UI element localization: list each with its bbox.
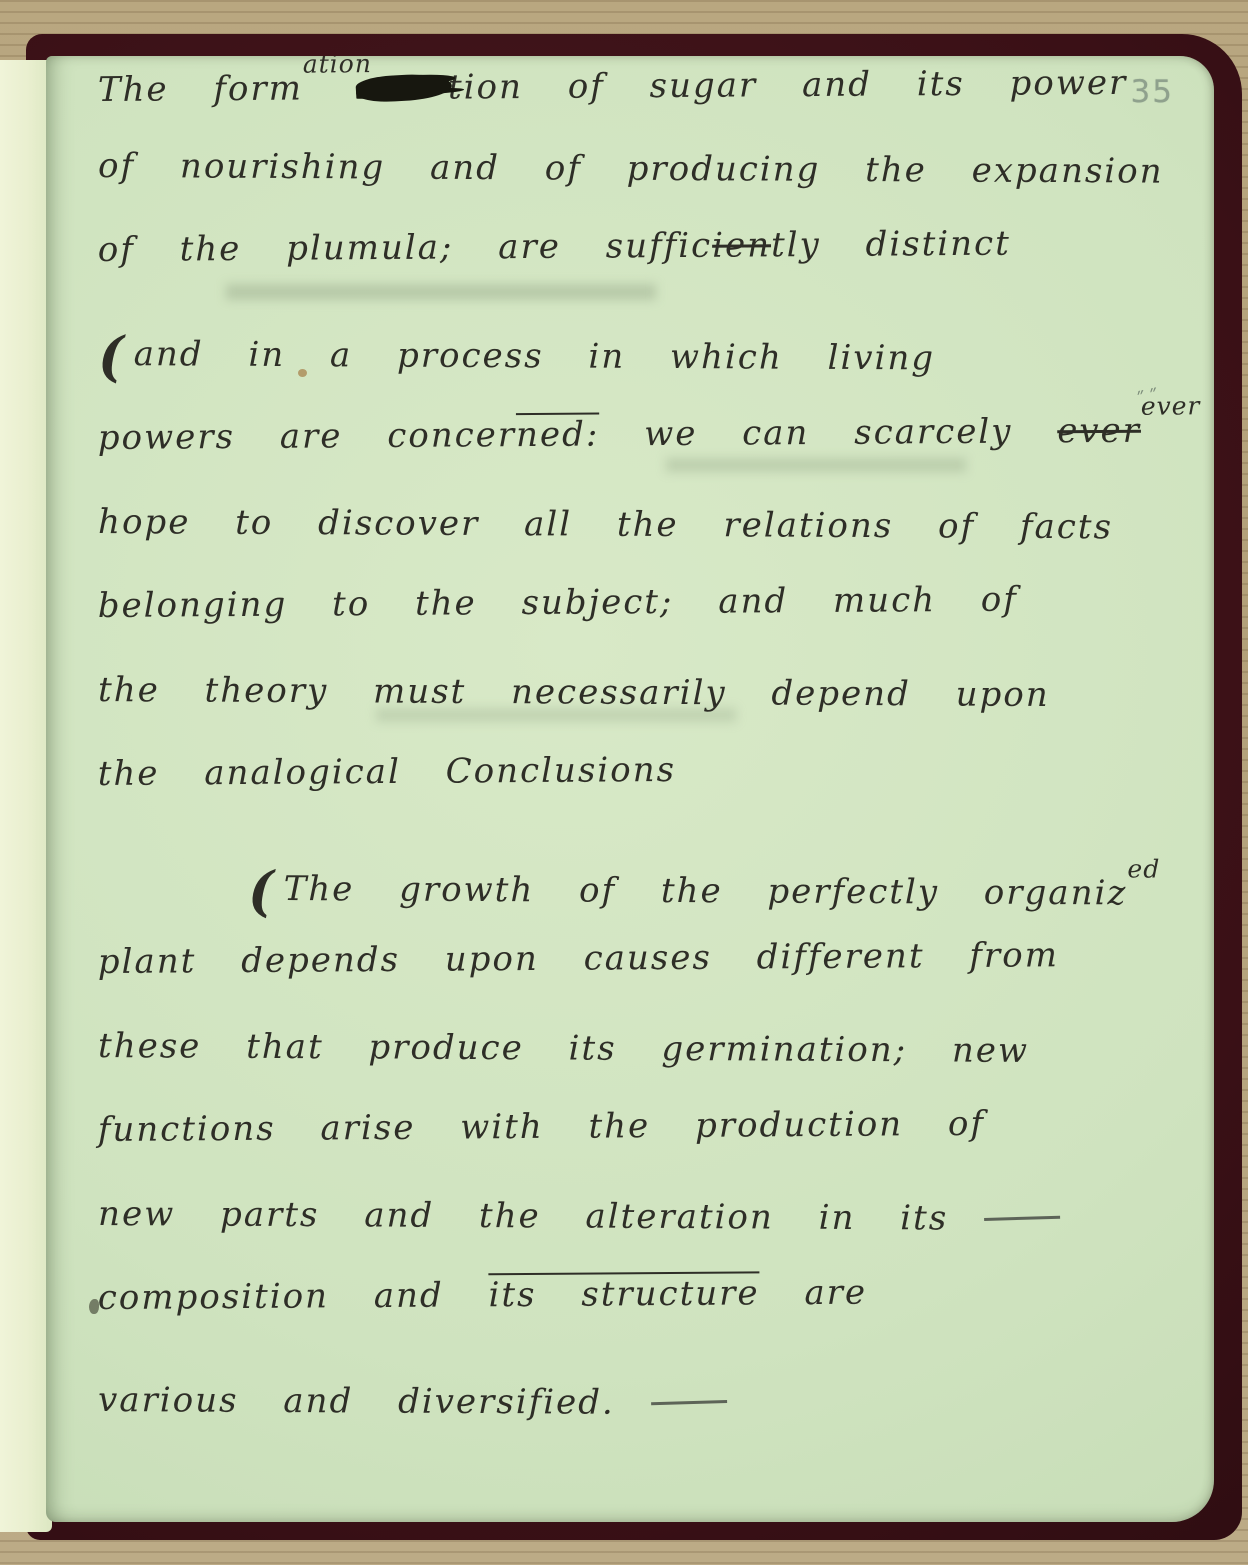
text-segment: The growth of the perfectly organiz xyxy=(284,869,1128,913)
text-segment: plant depends upon causes different from xyxy=(98,935,1059,982)
manuscript-line: the theory must necessarily depend upon xyxy=(98,670,1206,760)
text-segment: of nourishing and of producing the expan… xyxy=(98,146,1164,192)
manuscript-line: composition and its structure are xyxy=(98,1270,1207,1380)
manuscript-line: (The growth of the perfectly organized xyxy=(98,858,1206,948)
manuscript-line: various and diversified. xyxy=(98,1380,1206,1470)
manuscript-line: hope to discover all the relations of fa… xyxy=(98,502,1206,592)
inserted-word: ever xyxy=(1141,391,1201,420)
overlined-word: ned: xyxy=(516,414,600,455)
text-segment: tion of sugar and its power xyxy=(448,63,1128,108)
manuscript-page: ˝˝ 35 The formationtion of sugar and its… xyxy=(46,56,1214,1522)
handwritten-text-block: The formationtion of sugar and its power… xyxy=(98,70,1206,1464)
text-segment: the analogical Conclusions xyxy=(98,750,677,794)
manuscript-line: of nourishing and of producing the expan… xyxy=(98,146,1206,236)
struck-word: ien xyxy=(712,225,771,265)
struck-word: ever xyxy=(1057,411,1141,452)
manuscript-line: powers are concerned: we can scarcely ev… xyxy=(98,410,1207,502)
manuscript-line: new parts and the alteration in its xyxy=(98,1194,1206,1284)
text-segment: are xyxy=(759,1273,867,1314)
manuscript-line: (and in a process in which living xyxy=(98,324,1206,424)
manuscript-line: plant depends upon causes different from xyxy=(98,934,1207,1026)
text-segment: The form xyxy=(98,69,303,110)
page-fore-edge xyxy=(0,60,52,1532)
text-segment: hope to discover all the relations of fa… xyxy=(98,502,1113,547)
manuscript-line: of the plumula; are sufficiently distinc… xyxy=(98,222,1207,324)
manuscript-line: the analogical Conclusions xyxy=(98,746,1207,858)
manuscript-line: The formationtion of sugar and its power xyxy=(98,62,1207,146)
text-segment: and in a process in which living xyxy=(134,334,936,378)
text-segment: the theory must necessarily depend upon xyxy=(98,670,1050,715)
text-segment: powers are concer xyxy=(98,415,517,458)
manuscript-line: belonging to the subject; and much of xyxy=(98,578,1207,670)
inserted-word: ation xyxy=(303,56,372,79)
opening-parenthesis: ( xyxy=(98,324,126,388)
text-segment: of the plumula; are suffic xyxy=(98,226,713,270)
inserted-word: ed xyxy=(1127,854,1160,883)
text-segment: functions arise with the production of xyxy=(98,1104,985,1150)
text-segment: we can scarcely xyxy=(599,411,1057,454)
text-segment: new parts and the alteration in its xyxy=(98,1194,948,1238)
pen-dash xyxy=(984,1216,1060,1221)
overlined-word: its structure xyxy=(488,1273,759,1315)
text-segment: composition and xyxy=(98,1275,489,1318)
opening-parenthesis: ( xyxy=(248,859,276,923)
pen-dash xyxy=(651,1400,727,1405)
text-segment: various and diversified. xyxy=(98,1380,615,1423)
text-segment: these that produce its germination; new xyxy=(98,1026,1029,1071)
text-segment: tly distinct xyxy=(771,224,1011,266)
manuscript-line: functions arise with the production of xyxy=(98,1102,1207,1194)
manuscript-line: these that produce its germination; new xyxy=(98,1026,1206,1116)
text-segment: belonging to the subject; and much of xyxy=(98,580,1018,626)
photograph-of-manuscript: { "page_number": "35", "colors": { "pape… xyxy=(0,0,1248,1565)
